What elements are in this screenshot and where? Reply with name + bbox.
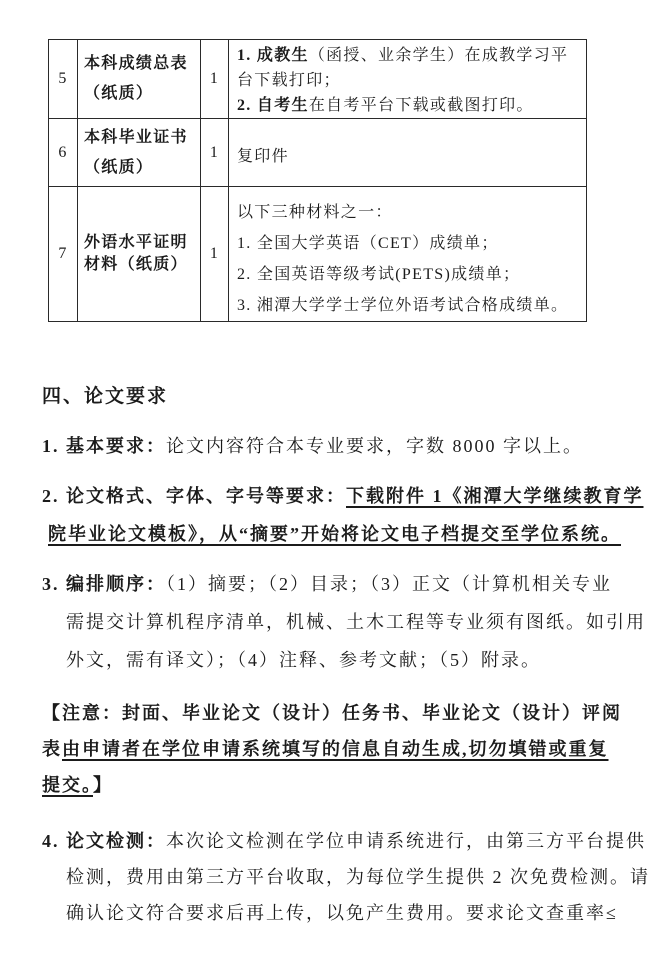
material-name-line: 本科毕业证书 [84, 123, 197, 153]
underline-run: 由申请者在学位申请系统填写的信息自动生成,切勿填错或重复 [62, 739, 609, 759]
bold-run: 】 [93, 775, 113, 795]
material-name: 本科成绩总表 （纸质） [78, 40, 201, 119]
table-row-7: 7 外语水平证明 材料（纸质） 1 以下三种材料之一： 1. 全国大学英语（CE… [49, 187, 587, 322]
item-label: 3. 编排顺序： [42, 574, 166, 594]
material-name-line: 外语水平证明 [84, 232, 197, 254]
material-name: 外语水平证明 材料（纸质） [78, 187, 201, 322]
item-format-requirements: 2. 论文格式、字体、字号等要求：下载附件 1《湘潭大学继续教育学 院毕业论文模… [42, 477, 642, 553]
copy-count: 1 [201, 119, 229, 187]
row-number-text: 5 [58, 70, 67, 87]
text-line: 3. 湘潭大学学士学位外语考试合格成绩单。 [237, 290, 582, 321]
material-description: 1. 成教生（函授、业余学生）在成教学习平 台下载打印； 2. 自考生在自考平台… [229, 40, 587, 119]
text-run: 在自考平台下载或截图打印。 [309, 97, 534, 114]
text-line: 确认论文符合要求后再上传，以免产生费用。要求论文查重率≤ [42, 895, 642, 931]
underline-run: 院毕业论文模板》，从“摘要”开始将论文电子档提交至学位系统。 [48, 524, 621, 544]
material-name-line: （纸质） [84, 153, 197, 183]
material-description: 以下三种材料之一： 1. 全国大学英语（CET）成绩单； 2. 全国英语等级考试… [229, 187, 587, 322]
row-number: 5 [49, 40, 78, 119]
material-name: 本科毕业证书 （纸质） [78, 119, 201, 187]
material-description: 复印件 [229, 119, 587, 187]
copy-count-text: 1 [210, 70, 219, 87]
item-arrangement-order: 3. 编排顺序：（1）摘要；（2）目录；（3）正文（计算机相关专业 需提交计算机… [42, 565, 642, 679]
item-plagiarism-check: 4. 论文检测：本次论文检测在学位申请系统进行，由第三方平台提供 检测，费用由第… [42, 823, 642, 931]
item-label: 4. 论文检测： [42, 831, 166, 851]
text-run: （函授、业余学生）在成教学习平 [309, 47, 569, 64]
materials-table: 5 本科成绩总表 （纸质） 1 1. 成教生（函授、业余学生）在成教学习平 台下… [48, 39, 587, 322]
text-line: 台下载打印； [237, 68, 582, 93]
text-line: 3. 编排顺序：（1）摘要；（2）目录；（3）正文（计算机相关专业 [42, 565, 642, 603]
bold-run: 【注意：封面、毕业论文（设计）任务书、毕业论文（设计）评阅 [42, 703, 622, 723]
table-row-5: 5 本科成绩总表 （纸质） 1 1. 成教生（函授、业余学生）在成教学习平 台下… [49, 40, 587, 119]
notice-block: 【注意：封面、毕业论文（设计）任务书、毕业论文（设计）评阅 表由申请者在学位申请… [42, 695, 642, 803]
text-line: 1. 全国大学英语（CET）成绩单； [237, 228, 582, 259]
text-line: 复印件 [237, 144, 582, 169]
bold-run: 2. 自考生 [237, 97, 309, 114]
text-line: 4. 论文检测：本次论文检测在学位申请系统进行，由第三方平台提供 [42, 823, 642, 859]
copy-count-text: 1 [210, 245, 219, 262]
bold-run: 表 [42, 739, 62, 759]
text-line: 1. 基本要求：论文内容符合本专业要求，字数 8000 字以上。 [42, 427, 642, 465]
text-line: 院毕业论文模板》，从“摘要”开始将论文电子档提交至学位系统。 [42, 515, 642, 553]
row-number-text: 7 [58, 245, 67, 262]
text-line: 2. 自考生在自考平台下载或截图打印。 [237, 93, 582, 118]
text-line: 表由申请者在学位申请系统填写的信息自动生成,切勿填错或重复 [42, 731, 642, 767]
underline-run: 提交。 [42, 775, 93, 795]
row-number: 6 [49, 119, 78, 187]
material-name-line: （纸质） [84, 79, 197, 109]
text-line: 需提交计算机程序清单，机械、土木工程等专业须有图纸。如引用 [42, 603, 642, 641]
row-number: 7 [49, 187, 78, 322]
thesis-requirements-body: 1. 基本要求：论文内容符合本专业要求，字数 8000 字以上。 2. 论文格式… [42, 427, 642, 931]
text-line: 检测，费用由第三方平台收取，为每位学生提供 2 次免费检测。请 [42, 859, 642, 895]
underline-run: 下载附件 1《湘潭大学继续教育学 [346, 486, 644, 506]
text-line: 提交。】 [42, 767, 642, 803]
bold-run: 1. 成教生 [237, 47, 309, 64]
section-heading: 四、论文要求 [42, 383, 168, 411]
text-line: 2. 论文格式、字体、字号等要求：下载附件 1《湘潭大学继续教育学 [42, 477, 642, 515]
item-label: 2. 论文格式、字体、字号等要求： [42, 486, 346, 506]
text-line: 外文，需有译文）；（4）注释、参考文献；（5）附录。 [42, 641, 642, 679]
text-line: 【注意：封面、毕业论文（设计）任务书、毕业论文（设计）评阅 [42, 695, 642, 731]
copy-count: 1 [201, 40, 229, 119]
text-run: （1）摘要；（2）目录；（3）正文（计算机相关专业 [166, 574, 612, 594]
text-line: 2. 全国英语等级考试(PETS)成绩单； [237, 259, 582, 290]
copy-count-text: 1 [210, 144, 219, 161]
document-page: 5 本科成绩总表 （纸质） 1 1. 成教生（函授、业余学生）在成教学习平 台下… [0, 0, 668, 980]
row-number-text: 6 [58, 144, 67, 161]
material-name-line: 本科成绩总表 [84, 49, 197, 79]
table-row-6: 6 本科毕业证书 （纸质） 1 复印件 [49, 119, 587, 187]
text-line: 1. 成教生（函授、业余学生）在成教学习平 [237, 43, 582, 68]
material-name-line: 材料（纸质） [84, 254, 197, 276]
text-run: 本次论文检测在学位申请系统进行，由第三方平台提供 [166, 831, 646, 851]
item-label: 1. 基本要求： [42, 436, 166, 456]
copy-count: 1 [201, 187, 229, 322]
item-basic-requirements: 1. 基本要求：论文内容符合本专业要求，字数 8000 字以上。 [42, 427, 642, 465]
text-run: 论文内容符合本专业要求，字数 8000 字以上。 [166, 436, 583, 456]
text-line: 以下三种材料之一： [237, 197, 582, 228]
